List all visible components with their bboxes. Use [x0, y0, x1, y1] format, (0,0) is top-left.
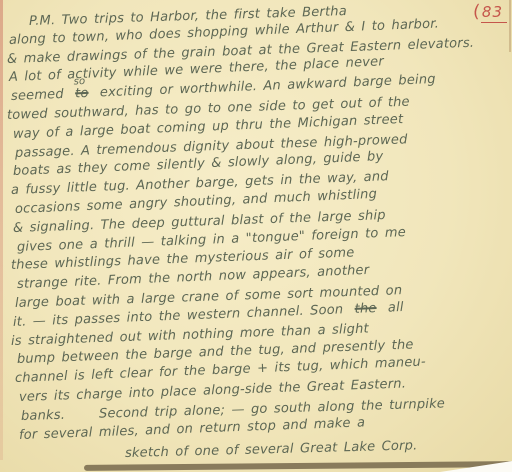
inserted-word: so: [73, 77, 85, 87]
line-text: sketch of one of several Great Lake Corp…: [125, 439, 418, 462]
line-text: seemed: [11, 87, 71, 104]
line-text: all: [381, 300, 404, 316]
paper-left-edge: [0, 0, 3, 460]
scanned-journal-page: (83 P.M. Two trips to Harbor, the first …: [0, 0, 512, 472]
correction: soto: [70, 85, 94, 103]
struck-word: the: [354, 301, 376, 317]
manuscript-text: P.M. Two trips to Harbor, the first take…: [7, 13, 512, 464]
struck-word: to: [75, 86, 89, 102]
line-text: banks.: [21, 407, 66, 423]
